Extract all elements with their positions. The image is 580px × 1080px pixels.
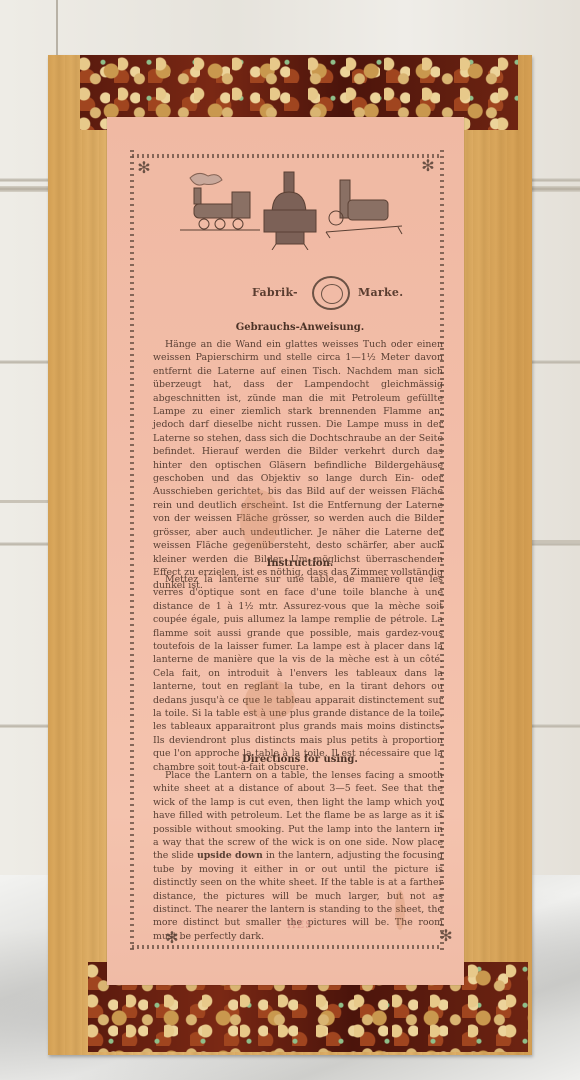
maker-mark-right: Marke. [358, 286, 403, 299]
maker-seal-icon [312, 276, 350, 310]
maker-mark-row: Fabrik- Marke. [130, 274, 440, 318]
faded-stamp: IIES [265, 920, 335, 932]
water-stain [240, 490, 280, 550]
corner-ornament-icon: ✻ [134, 158, 154, 178]
english-instructions: Place the Lantern on a table, the lenses… [153, 769, 443, 909]
engraving-illustrations [180, 170, 405, 250]
locomotive-engraving-icon [180, 173, 260, 230]
french-instructions: Mettez la lanterne sur une table, de man… [153, 573, 443, 753]
label-border-left [130, 150, 134, 950]
water-stain [245, 680, 295, 720]
corner-ornament-icon: ✻ [418, 156, 438, 176]
water-stain [395, 890, 405, 930]
stove-engraving-icon [264, 172, 316, 250]
maker-mark-left: Fabrik- [252, 286, 298, 299]
german-section-title: Gebrauchs-Anweisung. [140, 322, 460, 333]
english-text-bold: upside down [197, 850, 263, 861]
english-text-part1: Place the Lantern on a table, the lenses… [153, 770, 443, 861]
steam-engine-engraving-icon [326, 180, 402, 238]
french-section-title: Instruction. [140, 558, 460, 569]
english-section-title: Directions for using. [140, 754, 460, 765]
german-instructions: Hänge an die Wand ein glattes weisses Tu… [153, 338, 443, 556]
label-border-top [132, 154, 442, 158]
plank-crack [530, 540, 580, 543]
